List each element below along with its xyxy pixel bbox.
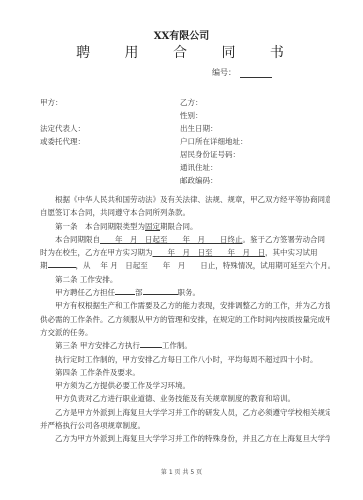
page-indicator: 第 1 页 共 5 页 — [0, 467, 363, 476]
trial-suffix: ，从 年 月 日起至 年 月 日止，特殊情况，试用期可延至六个月。 — [76, 261, 331, 270]
term-suffix: 。鉴于乙方签署劳动合同 — [243, 235, 326, 244]
serial-label: 编号： — [212, 68, 236, 77]
internship-term: 时为在校生，乙方在甲方实习期为 年 月 日至 年 月 日，其中实习试用 — [40, 246, 330, 259]
position-blank — [143, 286, 178, 295]
post-suffix: 职务。 — [178, 288, 201, 297]
party-a-label: 甲方： — [40, 96, 85, 109]
party-a-block: 甲方： 法定代表人： 或委托代理： — [40, 96, 85, 148]
intern-dates: 年 月 日至 年 月 日 — [153, 248, 266, 257]
term-prefix: 本合同期限自 — [55, 235, 100, 244]
company-name: XX有限公司 — [0, 27, 363, 42]
address-label: 户口所在详细地址： — [180, 135, 248, 148]
article-2: 第二条 工作安排。 — [40, 273, 330, 286]
birthdate-label: 出生日期： — [180, 122, 248, 135]
arrangement-line-1: 甲方有权根据生产和工作需要及乙方的能力表现，安排调整乙方的工作，并为乙方提 — [40, 299, 330, 312]
working-hours: 执行定时工作制的，甲方安排乙方每日工作八小时，平均每周不超过四十小时。 — [40, 353, 330, 366]
article-4: 第四条 工作条件及要求。 — [40, 366, 330, 379]
document-page: XX有限公司 聘 用 合 同 书 编号： 甲方： 法定代表人： 或委托代理： 乙… — [0, 0, 363, 500]
legal-rep-label: 法定代表人： — [40, 122, 85, 135]
trial-prefix: 期 — [40, 261, 48, 270]
postcode-label: 邮政编码： — [180, 174, 248, 187]
post-assignment: 甲方聘任乙方担任部职务。 — [40, 286, 330, 299]
rd-clause-line-1: 乙方是甲方外派到上海复旦大学学习并工作的研发人员，乙方必须遵守学校相关规定 — [40, 406, 330, 419]
article-1: 第一条 本合同期限类型为固定期限合同。 — [40, 220, 330, 233]
contract-term: 本合同期限自 年 月 日起至 年 月 日终止。鉴于乙方签署劳动合同 — [40, 233, 330, 246]
mailing-address-label: 通讯住址： — [180, 161, 248, 174]
id-number-label: 居民身份证号码： — [180, 148, 248, 161]
serial-number: 编号： — [212, 67, 272, 78]
environment-clause: 甲方须为乙方提供必要工作及学习环境。 — [40, 379, 330, 392]
arrangement-line-3: 方交派的任务。 — [40, 326, 330, 339]
work-system-blank — [140, 339, 162, 348]
party-b-label: 乙方： — [180, 96, 248, 109]
department-blank — [115, 286, 135, 295]
gender-label: 性别： — [180, 109, 248, 122]
rd-clause-line-2: 并严格执行公司各项规章制度。 — [40, 419, 330, 432]
arrangement-line-2: 供必需的工作条件。乙方须服从甲方的管理和安排，在规定的工作时间内按质按量完成甲 — [40, 313, 330, 326]
agent-label: 或委托代理： — [40, 135, 85, 148]
party-a-spacer — [40, 109, 85, 122]
post-prefix: 甲方聘任乙方担任 — [55, 288, 115, 297]
special-status-clause: 乙方为甲方外派到上海复旦大学学习并工作的特殊身份，并且乙方在上海复旦大学学 — [40, 432, 330, 445]
post-mid: 部 — [135, 288, 143, 297]
preamble-line-1: 根据《中华人民共和国劳动法》及有关法律、法规、规章，甲乙双方经平等协商同意， — [40, 193, 330, 206]
party-b-block: 乙方： 性别： 出生日期： 户口所在详细地址： 居民身份证号码： 通讯住址： 邮… — [180, 96, 248, 187]
contract-body: 根据《中华人民共和国劳动法》及有关法律、法规、规章，甲乙双方经平等协商同意， 自… — [40, 193, 330, 446]
article-3-suffix: 工作制。 — [162, 341, 192, 350]
term-dates: 年 月 日起至 年 月 日终止 — [100, 235, 243, 244]
trial-blank — [48, 259, 76, 268]
document-title: 聘 用 合 同 书 — [0, 42, 363, 62]
article-1-suffix: 期限合同。 — [160, 222, 198, 231]
training-clause: 甲方负责对乙方进行职业道德、业务技能及有关规章制度的教育和培训。 — [40, 392, 330, 405]
contract-type: 固定 — [145, 222, 160, 231]
intern-suffix: ，其中实习试用 — [265, 248, 318, 257]
article-3: 第三条 甲方安排乙方执行工作制。 — [40, 339, 330, 352]
preamble-line-2: 自愿签订本合同，共同遵守本合同所列条款。 — [40, 206, 330, 219]
serial-blank — [240, 69, 272, 78]
trial-period: 期，从 年 月 日起至 年 月 日止，特殊情况，试用期可延至六个月。 — [40, 259, 330, 272]
article-1-prefix: 第一条 本合同期限类型为 — [55, 222, 145, 231]
intern-prefix: 时为在校生，乙方在甲方实习期为 — [40, 248, 153, 257]
article-3-prefix: 第三条 甲方安排乙方执行 — [55, 341, 140, 350]
